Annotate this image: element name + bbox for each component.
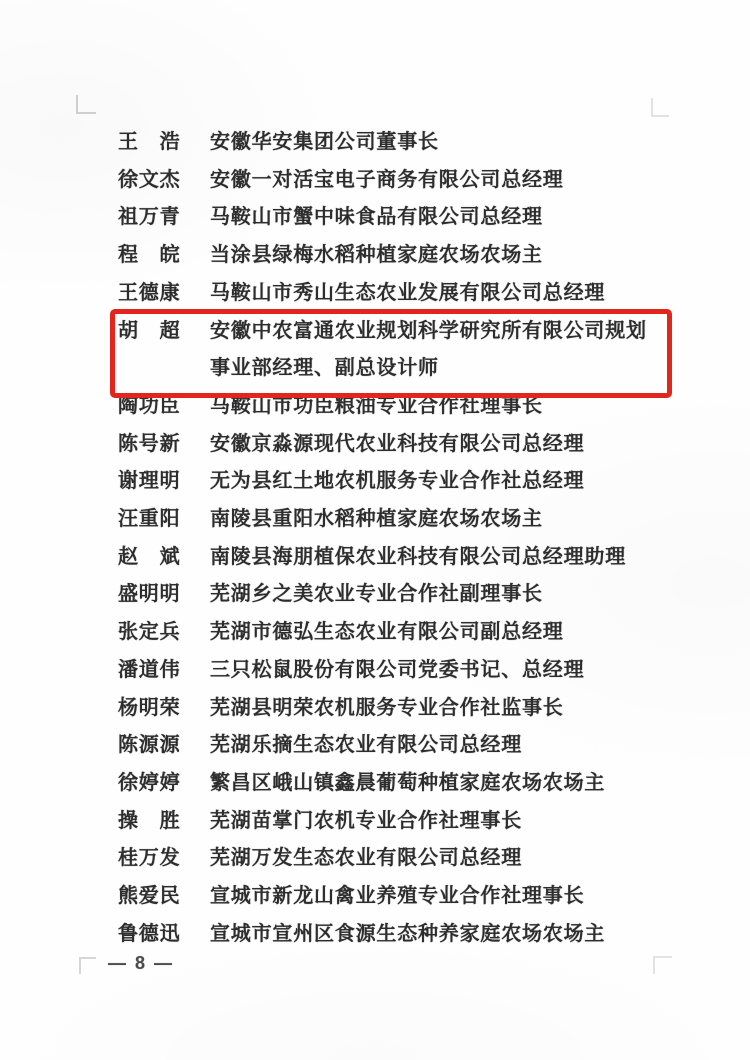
person-title: 三只松鼠股份有限公司党委书记、总经理 [210,652,584,690]
list-item: 赵 斌南陵县海朋植保农业科技有限公司总经理助理 [0,539,750,577]
page-number: — 8 — [108,953,208,974]
list-item: 祖万青马鞍山市蟹中味食品有限公司总经理 [0,199,750,237]
person-title: 芜湖苗掌门农机专业合作社理事长 [210,803,522,841]
person-name: 程 皖 [118,237,210,275]
person-name: 祖万青 [118,199,210,237]
person-name: 王 浩 [118,124,210,162]
document-page: 王 浩安徽华安集团公司董事长徐文杰安徽一对活宝电子商务有限公司总经理祖万青马鞍山… [0,0,750,1060]
person-title: 安徽中农富通农业规划科学研究所有限公司规划 事业部经理、副总设计师 [210,313,647,388]
person-title: 芜湖市德弘生态农业有限公司副总经理 [210,614,564,652]
list-item: 王德康马鞍山市秀山生态农业发展有限公司总经理 [0,275,750,313]
person-title: 马鞍山市秀山生态农业发展有限公司总经理 [210,275,605,313]
person-name: 杨明荣 [118,690,210,728]
person-name: 张定兵 [118,614,210,652]
name-title-list: 王 浩安徽华安集团公司董事长徐文杰安徽一对活宝电子商务有限公司总经理祖万青马鞍山… [0,124,750,953]
list-item: 操 胜芜湖苗掌门农机专业合作社理事长 [0,803,750,841]
person-title: 宣城市宣州区食源生态种养家庭农场农场主 [210,916,605,954]
person-name: 赵 斌 [118,539,210,577]
corner-mark-bottom-right-icon [653,956,672,974]
list-item: 熊爱民宣城市新龙山禽业养殖专业合作社理事长 [0,878,750,916]
list-item: 潘道伟三只松鼠股份有限公司党委书记、总经理 [0,652,750,690]
list-item: 陈源源芜湖乐摘生态农业有限公司总经理 [0,727,750,765]
person-name: 徐文杰 [118,162,210,200]
list-item-highlighted: 胡 超安徽中农富通农业规划科学研究所有限公司规划 事业部经理、副总设计师 [0,313,750,388]
person-title: 南陵县重阳水稻种植家庭农场农场主 [210,501,543,539]
person-title: 繁昌区峨山镇鑫晨葡萄种植家庭农场农场主 [210,765,605,803]
person-title: 芜湖县明荣农机服务专业合作社监事长 [210,690,564,728]
list-item: 王 浩安徽华安集团公司董事长 [0,124,750,162]
person-name: 陶功臣 [118,388,210,426]
person-name: 操 胜 [118,803,210,841]
person-title: 马鞍山市功臣粮油专业合作社理事长 [210,388,543,426]
corner-mark-top-right-icon [651,98,669,117]
person-name: 潘道伟 [118,652,210,690]
person-title: 芜湖万发生态农业有限公司总经理 [210,840,522,878]
person-name: 陈源源 [118,727,210,765]
person-name: 鲁德迅 [118,916,210,954]
person-title: 安徽华安集团公司董事长 [210,124,439,162]
person-title: 芜湖乐摘生态农业有限公司总经理 [210,727,522,765]
person-title: 安徽一对活宝电子商务有限公司总经理 [210,162,564,200]
list-item: 桂万发芜湖万发生态农业有限公司总经理 [0,840,750,878]
person-name: 谢理明 [118,463,210,501]
person-name: 胡 超 [118,313,210,388]
person-name: 徐婷婷 [118,765,210,803]
person-title: 无为县红土地农机服务专业合作社总经理 [210,463,584,501]
list-item: 徐文杰安徽一对活宝电子商务有限公司总经理 [0,162,750,200]
person-title: 安徽京淼源现代农业科技有限公司总经理 [210,426,584,464]
list-item: 张定兵芜湖市德弘生态农业有限公司副总经理 [0,614,750,652]
list-item: 盛明明芜湖乡之美农业专业合作社副理事长 [0,576,750,614]
list-item: 徐婷婷繁昌区峨山镇鑫晨葡萄种植家庭农场农场主 [0,765,750,803]
person-name: 王德康 [118,275,210,313]
list-item: 汪重阳南陵县重阳水稻种植家庭农场农场主 [0,501,750,539]
list-item: 陶功臣马鞍山市功臣粮油专业合作社理事长 [0,388,750,426]
person-title: 宣城市新龙山禽业养殖专业合作社理事长 [210,878,584,916]
person-name: 桂万发 [118,840,210,878]
list-item: 谢理明无为县红土地农机服务专业合作社总经理 [0,463,750,501]
list-item: 鲁德迅宣城市宣州区食源生态种养家庭农场农场主 [0,916,750,954]
person-name: 熊爱民 [118,878,210,916]
list-item: 陈号新安徽京淼源现代农业科技有限公司总经理 [0,426,750,464]
corner-mark-top-left-icon [76,95,96,114]
list-item: 程 皖当涂县绿梅水稻种植家庭农场农场主 [0,237,750,275]
person-name: 汪重阳 [118,501,210,539]
person-name: 陈号新 [118,426,210,464]
person-title: 芜湖乡之美农业专业合作社副理事长 [210,576,543,614]
person-name: 盛明明 [118,576,210,614]
list-item: 杨明荣芜湖县明荣农机服务专业合作社监事长 [0,690,750,728]
person-title: 当涂县绿梅水稻种植家庭农场农场主 [210,237,543,275]
person-title: 马鞍山市蟹中味食品有限公司总经理 [210,199,543,237]
person-title: 南陵县海朋植保农业科技有限公司总经理助理 [210,539,626,577]
corner-mark-bottom-left-icon [79,957,96,974]
